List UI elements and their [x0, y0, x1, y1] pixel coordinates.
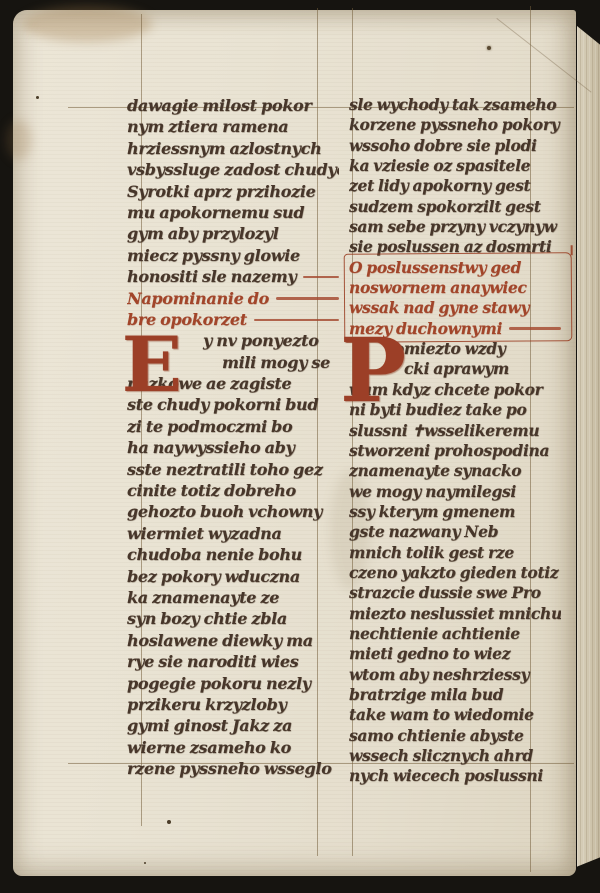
- manuscript-text-line: honositi sle nazemy: [127, 266, 339, 287]
- manuscript-line-text: pogegie pokoru nezly: [127, 673, 311, 694]
- manuscript-text-line: take wam to wiedomie: [349, 705, 561, 725]
- rubric-line-filler: [303, 276, 339, 278]
- photo-background: dawagie milost pokornym ztiera ramenahrz…: [0, 0, 600, 893]
- manuscript-text-line: mieti gedno to wiez: [349, 644, 561, 664]
- manuscript-text-line: sie poslussen az dosmrti: [349, 237, 561, 257]
- manuscript-text-line: nym ztiera ramena: [127, 116, 339, 137]
- manuscript-text-line: Napominanie do: [127, 288, 339, 309]
- manuscript-text-line: we mogy naymilegsi: [349, 482, 561, 502]
- manuscript-text-line: mu apokornemu sud: [127, 202, 339, 223]
- manuscript-text-line: noswornem anaywiec: [349, 278, 561, 298]
- manuscript-text-line: strazcie dussie swe Pro: [349, 583, 561, 603]
- manuscript-text-line: znamenayte synacko: [349, 461, 561, 481]
- manuscript-line-text: znamenayte synacko: [349, 461, 521, 481]
- manuscript-line-text: ssy kterym gmenem: [349, 502, 515, 522]
- manuscript-text-line: sudzem spokorzilt gest: [349, 197, 561, 217]
- manuscript-line-text: syn bozy chtie zbla: [127, 608, 287, 629]
- manuscript-text-line: sam sebe przyny vczynyw: [349, 217, 561, 237]
- manuscript-text-line: gym aby przylozyl: [127, 223, 339, 244]
- manuscript-line-text: take wam to wiedomie: [349, 705, 534, 725]
- initial-letter-p: P: [340, 328, 406, 412]
- manuscript-text-line: zet lidy apokorny gest: [349, 176, 561, 196]
- manuscript-text-line: zi te podmoczmi bo: [127, 416, 339, 437]
- manuscript-text-line: ka vziesie oz spasitele: [349, 156, 561, 176]
- manuscript-line-text: mili mogy se: [222, 352, 330, 373]
- manuscript-line-text: miecz pyssny glowie: [127, 245, 300, 266]
- manuscript-line-text: ha naywyssieho aby: [127, 437, 295, 458]
- manuscript-text-line: sle wychody tak zsameho: [349, 95, 561, 115]
- manuscript-line-text: sie poslussen az dosmrti: [349, 237, 551, 257]
- manuscript-line-text: mu apokornemu sud: [127, 202, 304, 223]
- manuscript-line-text: sam sebe przyny vczynyw: [349, 217, 557, 237]
- manuscript-text-line: syn bozy chtie zbla: [127, 608, 339, 629]
- manuscript-text-line: wssech slicznych ahrd: [349, 746, 561, 766]
- manuscript-text-line: stworzeni prohospodina: [349, 441, 561, 461]
- manuscript-line-text: bez pokory wduczna: [127, 566, 300, 587]
- manuscript-line-text: nechtienie achtienie: [349, 624, 520, 644]
- manuscript-text-line: O poslussenstwy ged: [349, 258, 561, 278]
- manuscript-line-text: honositi sle nazemy: [127, 266, 296, 287]
- rubric-line-filler: [276, 297, 339, 299]
- manuscript-text-line: hrziessnym azlostnych: [127, 138, 339, 159]
- manuscript-text-line: gste nazwany Neb: [349, 522, 561, 542]
- manuscript-line-text: mnich tolik gest rze: [349, 543, 514, 563]
- manuscript-text-line: wiermiet wyzadna: [127, 523, 339, 544]
- manuscript-line-text: wiermiet wyzadna: [127, 523, 282, 544]
- manuscript-line-text: gehozto buoh vchowny: [127, 501, 322, 522]
- manuscript-text-line: nych wiecech poslussni: [349, 766, 561, 786]
- manuscript-line-text: y nv ponyezto: [203, 330, 319, 351]
- manuscript-line-text: ka znamenayte ze: [127, 587, 279, 608]
- manuscript-text-line: wssoho dobre sie plodi: [349, 136, 561, 156]
- manuscript-line-text: gym aby przylozyl: [127, 223, 279, 244]
- manuscript-line-text: sle wychody tak zsameho: [349, 95, 556, 115]
- manuscript-line-text: zet lidy apokorny gest: [349, 176, 530, 196]
- manuscript-line-text: hrziessnym azlostnych: [127, 138, 321, 159]
- manuscript-text-line: pogegie pokoru nezly: [127, 673, 339, 694]
- manuscript-line-text: wssoho dobre sie plodi: [349, 136, 537, 156]
- manuscript-line-text: korzene pyssneho pokory: [349, 115, 559, 135]
- manuscript-line-text: ka vziesie oz spasitele: [349, 156, 530, 176]
- manuscript-text-line: ssy kterym gmenem: [349, 502, 561, 522]
- manuscript-line-text: noswornem anaywiec: [349, 278, 527, 298]
- manuscript-line-text: vsbyssluge zadost chudych: [127, 159, 339, 180]
- manuscript-text-line: czeno yakzto gieden totiz: [349, 563, 561, 583]
- manuscript-text-line: bez pokory wduczna: [127, 566, 339, 587]
- manuscript-line-text: cki aprawym: [404, 359, 509, 379]
- manuscript-line-text: rzene pyssneho wsseglo: [127, 758, 332, 779]
- manuscript-text-line: vsbyssluge zadost chudych: [127, 159, 339, 180]
- manuscript-text-line: nechtienie achtienie: [349, 624, 561, 644]
- manuscript-text-line: przikeru krzyzloby: [127, 694, 339, 715]
- manuscript-line-text: wssech slicznych ahrd: [349, 746, 533, 766]
- manuscript-text-line: rzene pyssneho wsseglo: [127, 758, 339, 779]
- manuscript-text-line: ha naywyssieho aby: [127, 437, 339, 458]
- manuscript-line-text: wierne zsameho ko: [127, 737, 291, 758]
- manuscript-line-text: zi te podmoczmi bo: [127, 416, 292, 437]
- manuscript-line-text: Napominanie do: [127, 288, 269, 309]
- manuscript-text-line: wierne zsameho ko: [127, 737, 339, 758]
- manuscript-line-text: O poslussenstwy ged: [349, 258, 521, 278]
- manuscript-line-text: sste neztratili toho gez: [127, 459, 323, 480]
- manuscript-text-line: korzene pyssneho pokory: [349, 115, 561, 135]
- manuscript-line-text: mieti gedno to wiez: [349, 644, 510, 664]
- manuscript-text-line: miecz pyssny glowie: [127, 245, 339, 266]
- manuscript-line-text: nych wiecech poslussni: [349, 766, 543, 786]
- manuscript-text-line: gehozto buoh vchowny: [127, 501, 339, 522]
- manuscript-text-line: chudoba nenie bohu: [127, 544, 339, 565]
- book-fore-edge: [577, 26, 600, 870]
- manuscript-text-line: gymi ginost Jakz za: [127, 715, 339, 736]
- manuscript-text-line: bratrzige mila bud: [349, 685, 561, 705]
- manuscript-line-text: slussni ✝wsselikeremu: [349, 421, 539, 441]
- manuscript-line-text: miezto neslussiet mnichu: [349, 604, 561, 624]
- manuscript-text-line: cinite totiz dobreho: [127, 480, 339, 501]
- manuscript-text-line: hoslawene diewky ma: [127, 630, 339, 651]
- text-column-right: sle wychody tak zsamehokorzene pyssneho …: [349, 95, 561, 787]
- rubric-line-filler: [254, 319, 339, 321]
- manuscript-line-text: samo chtienie abyste: [349, 726, 524, 746]
- manuscript-line-text: chudoba nenie bohu: [127, 544, 302, 565]
- manuscript-line-text: we mogy naymilegsi: [349, 482, 516, 502]
- manuscript-line-text: rye sie naroditi wies: [127, 651, 298, 672]
- manuscript-text-line: ka znamenayte ze: [127, 587, 339, 608]
- manuscript-line-text: Syrotki aprz przihozie: [127, 181, 316, 202]
- manuscript-line-text: hoslawene diewky ma: [127, 630, 313, 651]
- manuscript-text-line: miezto neslussiet mnichu: [349, 604, 561, 624]
- manuscript-line-text: dawagie milost pokor: [127, 95, 312, 116]
- manuscript-line-text: bratrzige mila bud: [349, 685, 503, 705]
- manuscript-line-text: gymi ginost Jakz za: [127, 715, 292, 736]
- manuscript-line-text: strazcie dussie swe Pro: [349, 583, 541, 603]
- manuscript-line-text: czeno yakzto gieden totiz: [349, 563, 558, 583]
- manuscript-text-line: samo chtienie abyste: [349, 726, 561, 746]
- manuscript-line-text: stworzeni prohospodina: [349, 441, 549, 461]
- manuscript-text-line: sste neztratili toho gez: [127, 459, 339, 480]
- manuscript-line-text: wtom aby neshrziessy: [349, 665, 529, 685]
- initial-letter-e: E: [122, 327, 183, 403]
- manuscript-text-line: slussni ✝wsselikeremu: [349, 421, 561, 441]
- manuscript-text-line: dawagie milost pokor: [127, 95, 339, 116]
- manuscript-text-line: wssak nad gyne stawy: [349, 298, 561, 318]
- manuscript-line-text: nym ztiera ramena: [127, 116, 288, 137]
- manuscript-line-text: wssak nad gyne stawy: [349, 298, 529, 318]
- manuscript-line-text: gste nazwany Neb: [349, 522, 498, 542]
- manuscript-text-line: wtom aby neshrziessy: [349, 665, 561, 685]
- text-column-left: dawagie milost pokornym ztiera ramenahrz…: [127, 95, 339, 780]
- rubric-line-filler: [509, 327, 561, 329]
- manuscript-line-text: cinite totiz dobreho: [127, 480, 296, 501]
- manuscript-text-line: mnich tolik gest rze: [349, 543, 561, 563]
- manuscript-line-text: sudzem spokorzilt gest: [349, 197, 541, 217]
- manuscript-text-line: Syrotki aprz przihozie: [127, 181, 339, 202]
- manuscript-line-text: przikeru krzyzloby: [127, 694, 287, 715]
- manuscript-text-line: rye sie naroditi wies: [127, 651, 339, 672]
